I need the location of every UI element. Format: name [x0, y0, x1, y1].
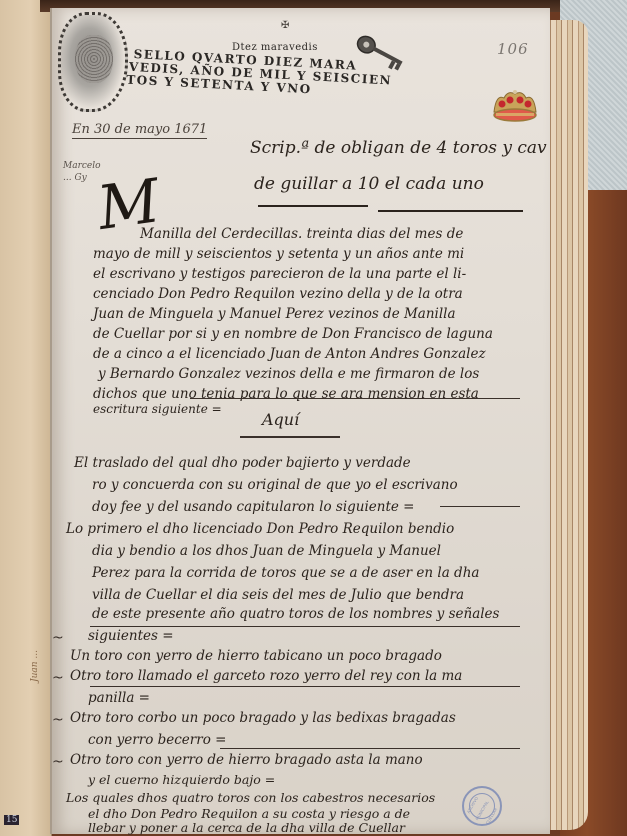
body-line: el dho Don Pedro Requilon a su costa y r…	[88, 806, 410, 821]
line-filler-rule	[220, 748, 520, 749]
stamp-value-header: Dtez maravedis	[232, 42, 318, 53]
line-filler-rule	[440, 506, 520, 507]
body-line: el escrivano y testigos parecieron de la…	[93, 266, 466, 282]
list-item: Otro toro con yerro de hierro bragado as…	[70, 752, 423, 768]
facing-left-page: Juan ... 15	[0, 0, 52, 836]
body-line: llebar y poner a la cerca de la dha vill…	[88, 820, 405, 835]
document-date: En 30 de mayo 1671	[72, 122, 207, 139]
list-item: Un toro con yerro de hierro tabicano un …	[70, 648, 442, 664]
body-line: de Cuellar por si y en nombre de Don Fra…	[93, 326, 493, 342]
body-line: Perez para la corrida de toros que se a …	[92, 565, 479, 581]
list-item: con yerro becerro =	[88, 732, 226, 748]
body-line: cenciado Don Pedro Requilon vezino della…	[93, 286, 463, 302]
body-line: escritura siguiente =	[93, 402, 222, 416]
body-line: ro y concuerda con su original de que yo…	[92, 477, 458, 493]
left-page-margin-note: Juan ...	[30, 650, 40, 682]
list-bullet-mark: ~	[52, 754, 64, 770]
title-underline-right	[378, 210, 523, 212]
body-line: El traslado del qual dho poder bajierto …	[74, 455, 411, 471]
body-line: Los quales dhos quatro toros con los cab…	[66, 790, 435, 805]
title-underline-left	[258, 205, 368, 207]
list-item: panilla =	[88, 690, 150, 706]
document-title: Scrip.ª de obligan de 4 toros y cav de g…	[250, 130, 547, 202]
body-line: mayo de mill y seiscientos y setenta y u…	[93, 246, 464, 262]
list-item: y el cuerno hizquierdo bajo =	[88, 772, 275, 787]
list-item: Otro toro llamado el garceto rozo yerro …	[70, 668, 462, 684]
crown-icon	[490, 86, 540, 126]
left-page-corner-number: 15	[4, 815, 19, 825]
body-line: dichos que uno tenia para lo que se ara …	[93, 386, 479, 402]
list-bullet-mark: ~	[52, 630, 64, 646]
body-line: y Bernardo Gonzalez vezinos della e me f…	[98, 366, 479, 382]
body-line: de a cinco a el licenciado Juan de Anton…	[93, 346, 486, 362]
list-bullet-mark: ~	[52, 712, 64, 728]
title-line-2: de guillar a 10 el cada uno	[254, 166, 547, 202]
body-line: de este presente año quatro toros de los…	[92, 606, 499, 622]
line-filler-rule	[190, 398, 520, 399]
body-line: villa de Cuellar el dia seis del mes de …	[92, 587, 464, 603]
body-line: Juan de Minguela y Manuel Perez vezinos …	[93, 306, 456, 322]
royal-seal-emblem-icon	[58, 12, 128, 112]
cross-icon: ✠	[281, 20, 289, 31]
title-line-1: Scrip.ª de obligan de 4 toros y cav	[250, 138, 547, 158]
body-line: dia y bendio a los dhos Juan de Minguela…	[92, 543, 441, 559]
line-filler-rule	[90, 686, 520, 687]
archive-ink-stamp: ARCHIVO MUNICIPAL CUELLAR	[462, 786, 502, 826]
line-filler-rule	[90, 626, 520, 627]
section-heading-underline	[240, 436, 340, 438]
body-line: doy fee y del usando capitularon lo sigu…	[92, 499, 415, 515]
section-heading: Aquí	[262, 410, 299, 429]
list-bullet-mark: ~	[52, 670, 64, 686]
body-line: Lo primero el dho licenciado Don Pedro R…	[66, 521, 454, 537]
list-item: Otro toro corbo un poco bragado y las be…	[70, 710, 456, 726]
list-item: siguientes =	[88, 628, 174, 644]
body-line: Manilla del Cerdecillas. treinta dias de…	[140, 226, 463, 242]
folio-number: 106	[497, 40, 529, 58]
